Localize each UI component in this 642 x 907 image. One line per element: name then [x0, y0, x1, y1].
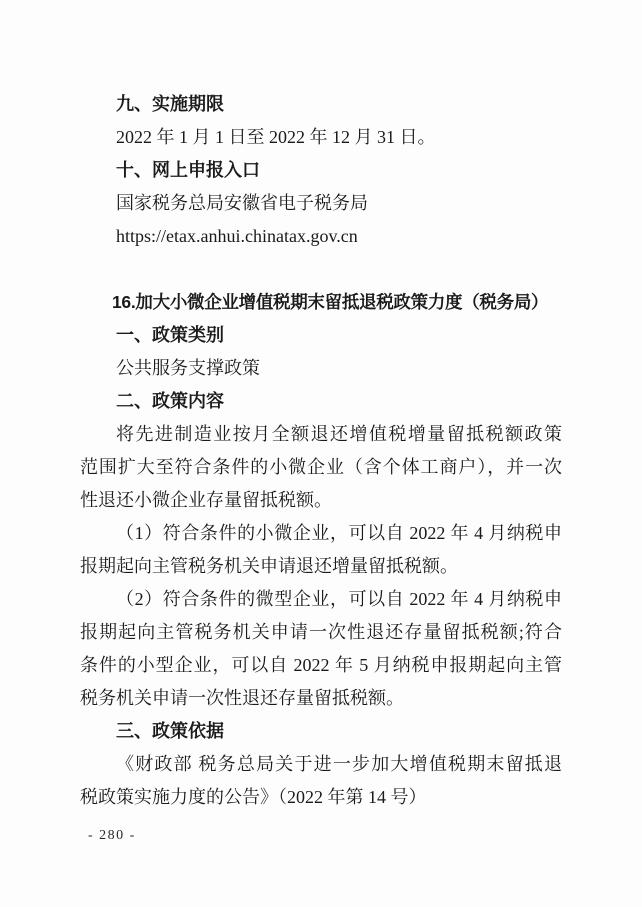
- paragraph-implementation-dates: 2022 年 1 月 1 日至 2022 年 12 月 31 日。: [80, 121, 562, 154]
- section-heading-policy-content: 二、政策内容: [80, 385, 562, 418]
- page-number: - 280 -: [80, 828, 562, 844]
- paragraph-line: 税政策实施力度的公告》（2022 年第 14 号）: [80, 781, 562, 814]
- paragraph-line: 将先进制造业按月全额退还增值税增量留抵税额政策: [80, 418, 562, 451]
- section-heading-policy-basis: 三、政策依据: [80, 715, 562, 748]
- paragraph-line: 税务机关申请一次性退还存量留抵税额。: [80, 682, 562, 715]
- section-heading-implementation-period: 九、实施期限: [80, 88, 562, 121]
- url-text: https://etax.anhui.chinatax.gov.cn: [80, 220, 562, 253]
- paragraph-line: 条件的小型企业，可以自 2022 年 5 月纳税申报期起向主管: [80, 649, 562, 682]
- paragraph-line: 报期起向主管税务机关申请一次性退还存量留抵税额;符合: [80, 616, 562, 649]
- paragraph-line: 性退还小微企业存量留抵税额。: [80, 484, 562, 517]
- document-body: 九、实施期限 2022 年 1 月 1 日至 2022 年 12 月 31 日。…: [80, 88, 562, 844]
- paragraph-ebureau-name: 国家税务总局安徽省电子税务局: [80, 187, 562, 220]
- paragraph-line: 报期起向主管税务机关申请退还增量留抵税额。: [80, 550, 562, 583]
- section-heading-policy-category: 一、政策类别: [80, 319, 562, 352]
- paragraph-line: （1）符合条件的小微企业，可以自 2022 年 4 月纳税申: [80, 517, 562, 550]
- section-heading-online-filing-entry: 十、网上申报入口: [80, 154, 562, 187]
- paragraph-policy-category: 公共服务支撑政策: [80, 352, 562, 385]
- paragraph-line: 范围扩大至符合条件的小微企业（含个体工商户），并一次: [80, 451, 562, 484]
- policy-16-title: 16.加大小微企业增值税期末留抵退税政策力度（税务局）: [80, 286, 562, 319]
- document-page: 九、实施期限 2022 年 1 月 1 日至 2022 年 12 月 31 日。…: [0, 0, 642, 907]
- paragraph-line: 《财政部 税务总局关于进一步加大增值税期末留抵退: [80, 748, 562, 781]
- paragraph-line: （2）符合条件的微型企业，可以自 2022 年 4 月纳税申: [80, 583, 562, 616]
- spacer: [80, 253, 562, 286]
